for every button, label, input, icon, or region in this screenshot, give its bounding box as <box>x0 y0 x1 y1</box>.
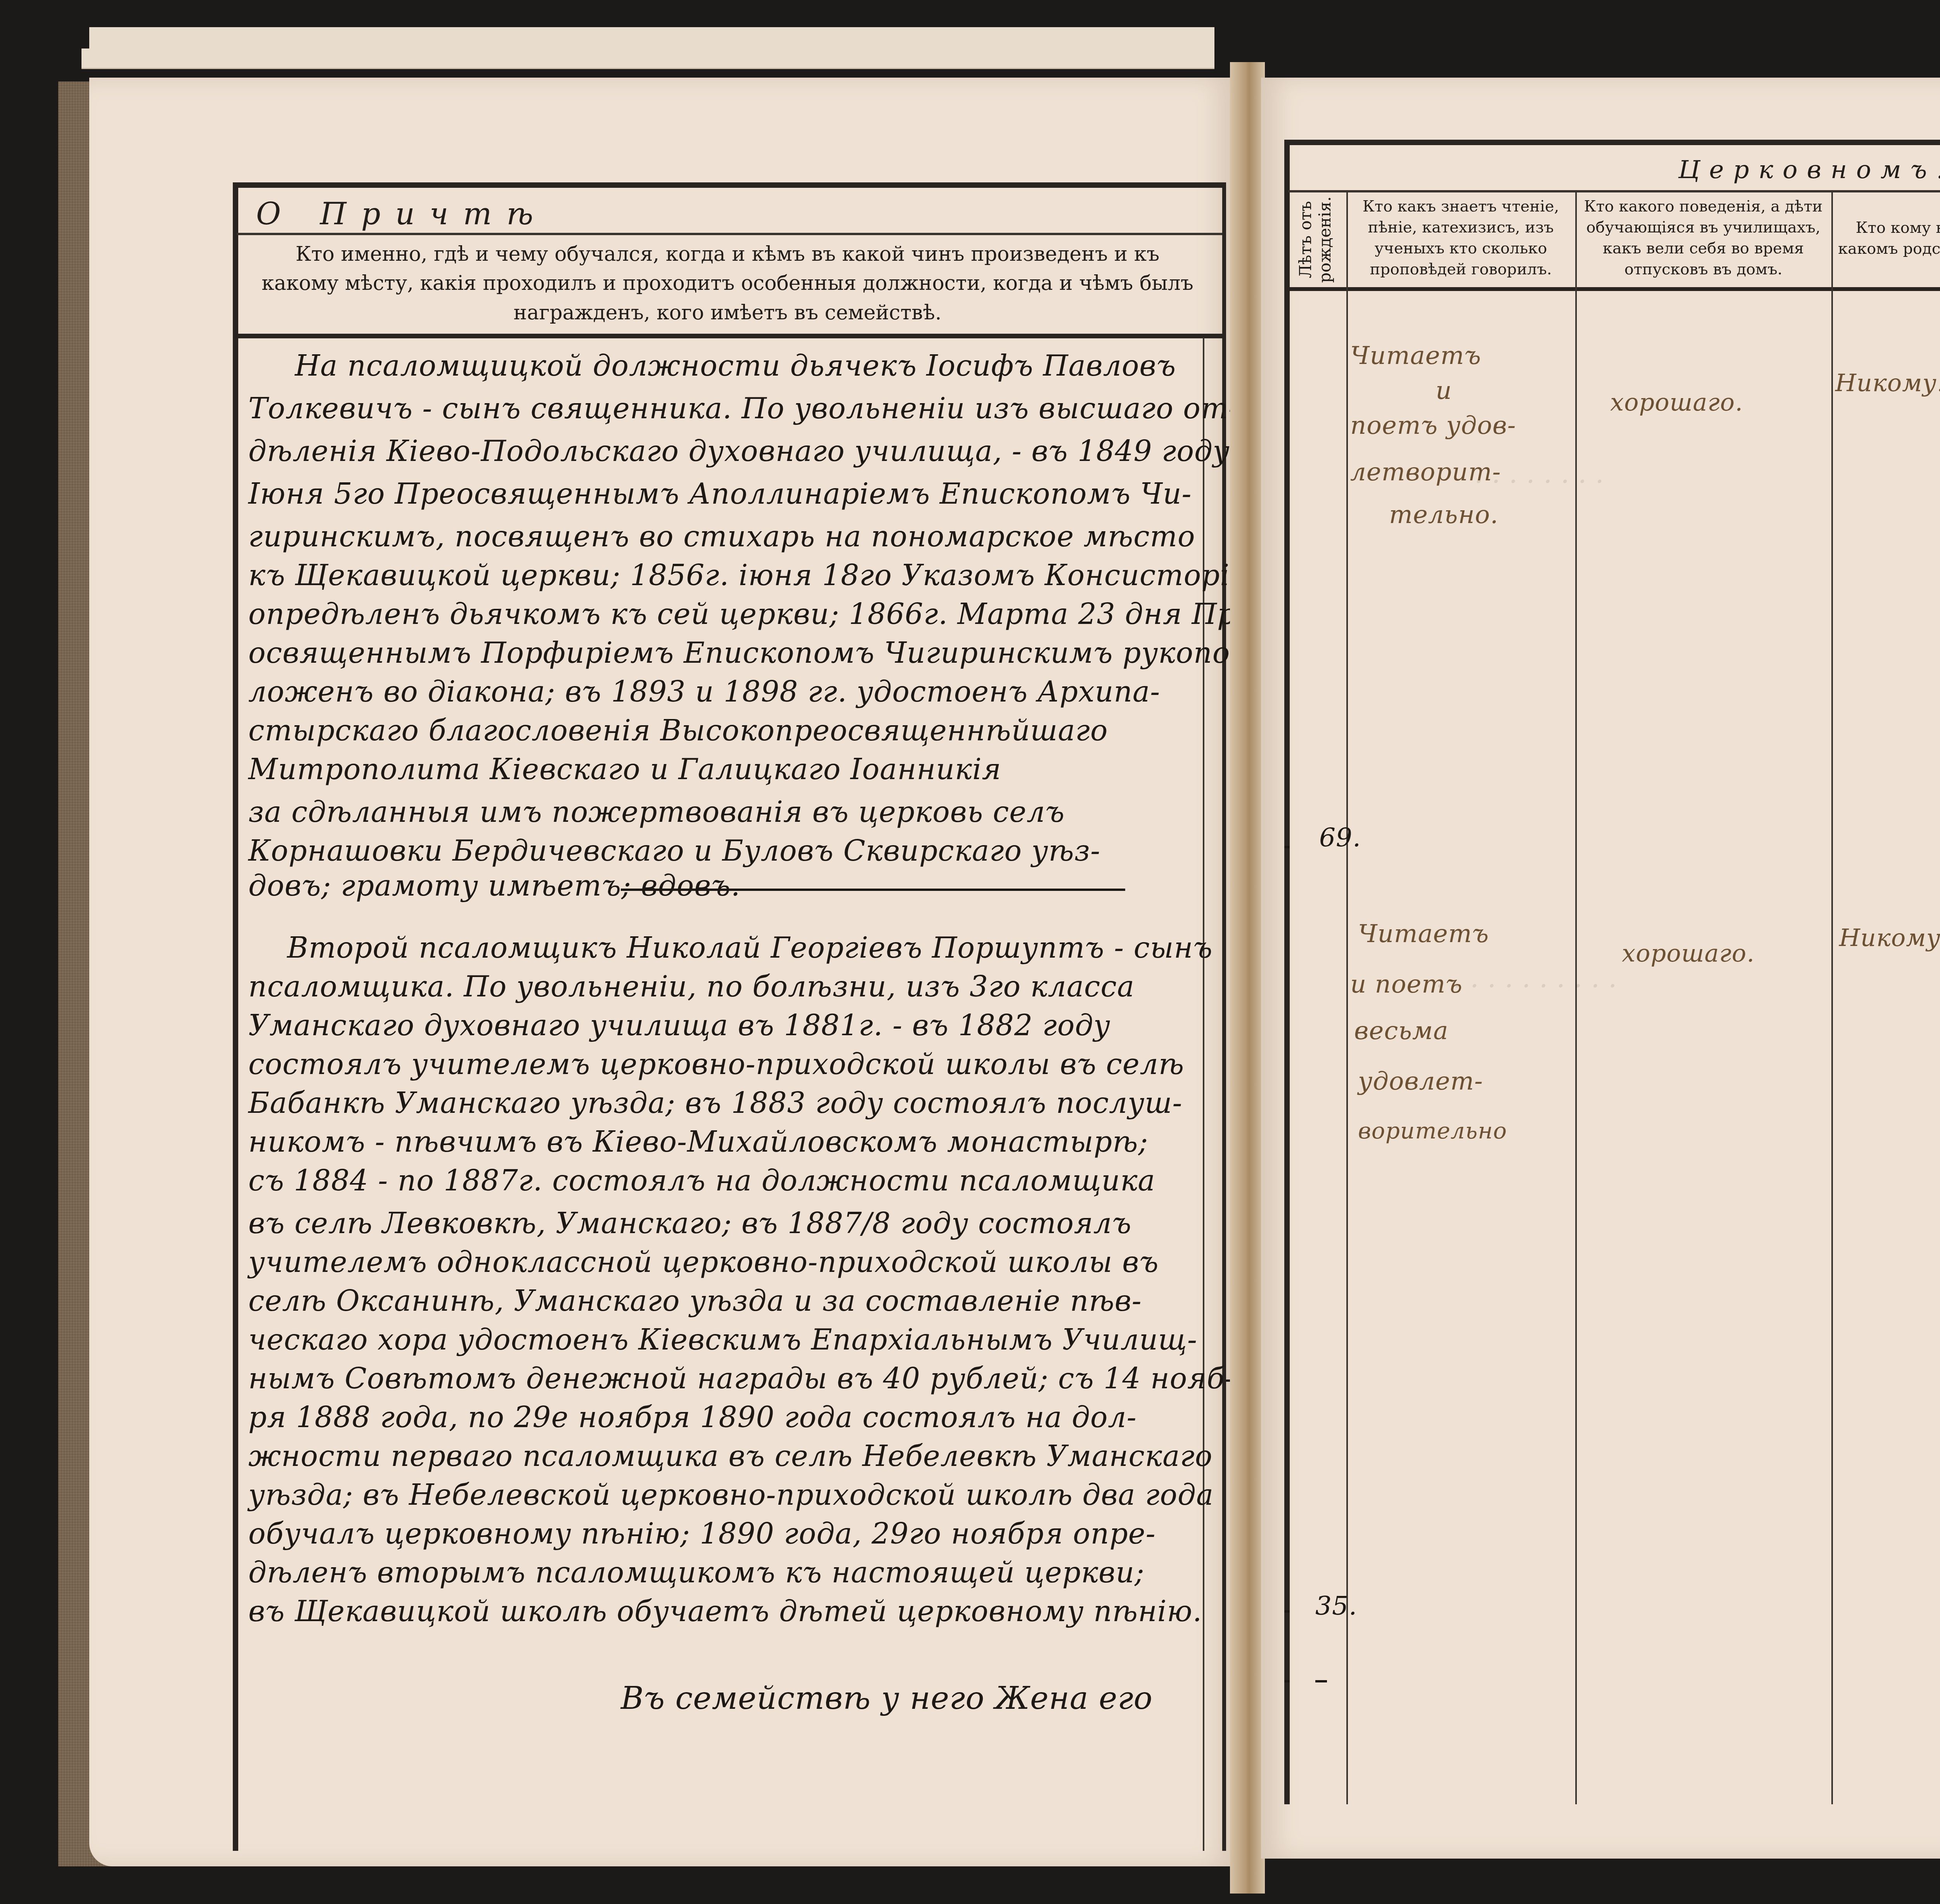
reading-cell-line: поетъ удов- <box>1350 411 1516 440</box>
entry-line: учителемъ одноклассной церковно-приходск… <box>248 1246 1159 1279</box>
right-header-divider <box>1288 287 1940 291</box>
page-stack-top-left-2 <box>81 49 1214 69</box>
kinship-cell: Никому. <box>1835 369 1940 397</box>
entry-line: ческаго хора удостоенъ Кіевскимъ Епархіа… <box>248 1323 1197 1357</box>
entry-line: Митрополита Кіевскаго и Галицкаго Іоанни… <box>248 753 1001 786</box>
reading-cell-line: тельно. <box>1389 501 1498 529</box>
entry-line: Іюня 5го Преосвященнымъ Аполлинаріемъ Еп… <box>248 477 1192 511</box>
entry-line: нымъ Совѣтомъ денежной награды въ 40 руб… <box>248 1362 1235 1395</box>
entry-line: Толкевичъ - сынъ священника. По увольнен… <box>248 392 1238 425</box>
entry-line: ложенъ во діакона; въ 1893 и 1898 гг. уд… <box>248 675 1160 709</box>
entry-line: въ Щекавицкой школѣ обучаетъ дѣтей церко… <box>248 1595 1202 1628</box>
entry-line: Корнашовки Бердичевскаго и Буловъ Сквирс… <box>248 834 1100 868</box>
margin-tick <box>1315 1680 1327 1682</box>
behavior-cell: хорошаго. <box>1610 388 1743 416</box>
entry-line: освященнымъ Порфиріемъ Епископомъ Чигири… <box>248 636 1240 670</box>
entry-line: Бабанкѣ Уманскаго уѣзда; въ 1883 году со… <box>248 1086 1182 1120</box>
reading-cell-line: удовлет- <box>1358 1067 1483 1096</box>
column-divider-behavior <box>1831 192 1833 1804</box>
reading-cell-line: и <box>1436 376 1452 405</box>
left-page-title: О Причтѣ <box>256 194 566 235</box>
entry-line: Въ семействѣ у него Жена его <box>621 1680 1153 1716</box>
entry-line: дѣленъ вторымъ псаломщикомъ къ настоящей… <box>248 1556 1145 1589</box>
reading-cell-line: и поетъ <box>1350 970 1463 999</box>
entry-line: дѣленія Кіево-Подольскаго духовнаго учил… <box>248 435 1230 468</box>
column-header-reading: Кто какъ знаетъ чтеніе, пѣніе, катехизис… <box>1350 196 1571 280</box>
age-cell: 69. <box>1319 823 1361 852</box>
entry-line: уѣзда; въ Небелевской церковно-приходско… <box>248 1478 1214 1512</box>
right-page-title: Церковномъ. <box>1288 153 1940 187</box>
column-divider-reading <box>1575 192 1577 1804</box>
entry-line: обучалъ церковному пѣнію; 1890 года, 29г… <box>248 1517 1156 1551</box>
entry-line: Уманскаго духовнаго училища въ 1881г. - … <box>248 1009 1110 1042</box>
margin-tick <box>1284 1610 1290 1613</box>
left-column-header: Кто именно, гдѣ и чему обучался, когда и… <box>256 240 1199 327</box>
entry-line: ря 1888 года, по 29е ноября 1890 года со… <box>248 1401 1137 1434</box>
entry-line: гиринскимъ, посвященъ во стихарь на поно… <box>248 520 1195 553</box>
reading-cell-line: Читаетъ <box>1350 341 1481 370</box>
kinship-cell: Никому. <box>1839 923 1940 952</box>
entry-line: Второй псаломщикъ Николай Георгіевъ Порш… <box>287 931 1213 965</box>
reading-cell-line: Читаетъ <box>1358 920 1489 948</box>
entry-line: селѣ Оксанинѣ, Уманскаго уѣзда и за сост… <box>248 1284 1142 1318</box>
column-header-behavior: Кто какого поведенія, а дѣти обучающіяся… <box>1579 196 1827 280</box>
book-gutter <box>1230 62 1265 1894</box>
entry-line: опредѣленъ дьячкомъ къ сей церкви; 1866г… <box>248 598 1263 631</box>
entry-line: довъ; грамоту имѣетъ; вдовъ. <box>248 869 740 903</box>
entry-line: въ селѣ Левковкѣ, Уманскаго; въ 1887/8 г… <box>248 1207 1132 1240</box>
column-header-age: Лѣтъ отъ рожденія. <box>1296 196 1339 283</box>
entry-line: за сдѣланныя имъ пожертвованія въ церков… <box>248 795 1065 829</box>
column-header-kinship: Кто кому въ какомъ родствѣ. <box>1835 217 1940 259</box>
reading-cell-line: весьма <box>1354 1017 1448 1045</box>
entry-line: къ Щекавицкой церкви; 1856г. іюня 18го У… <box>248 559 1249 592</box>
entry-line: съ 1884 - по 1887г. состоялъ на должност… <box>248 1164 1155 1197</box>
column-divider-age <box>1346 192 1348 1804</box>
entry-line: никомъ - пѣвчимъ въ Кіево-Михайловскомъ … <box>248 1125 1148 1159</box>
reading-cell-line: ворительно <box>1358 1117 1507 1144</box>
entry-line: жности перваго псаломщика въ селѣ Небеле… <box>248 1440 1212 1473</box>
reading-cell-line: летворит- <box>1350 458 1501 487</box>
age-cell: 35. <box>1315 1591 1357 1621</box>
entry-end-dash <box>621 889 1125 891</box>
right-title-divider <box>1288 190 1940 192</box>
left-header-divider <box>237 334 1222 338</box>
page-stack-top-left <box>89 27 1214 52</box>
margin-tick <box>1284 846 1290 848</box>
margin-tick <box>1284 1680 1290 1682</box>
entry-line: На псаломщицкой должности дьячекъ Іосифъ… <box>295 349 1176 383</box>
entry-line: стырскаго благословенія Высокопреосвящен… <box>248 714 1108 747</box>
entry-line: состоялъ учителемъ церковно-приходской ш… <box>248 1048 1184 1081</box>
behavior-cell: хорошаго. <box>1622 939 1755 967</box>
entry-line: псаломщика. По увольненіи, по болѣзни, и… <box>248 970 1135 1003</box>
